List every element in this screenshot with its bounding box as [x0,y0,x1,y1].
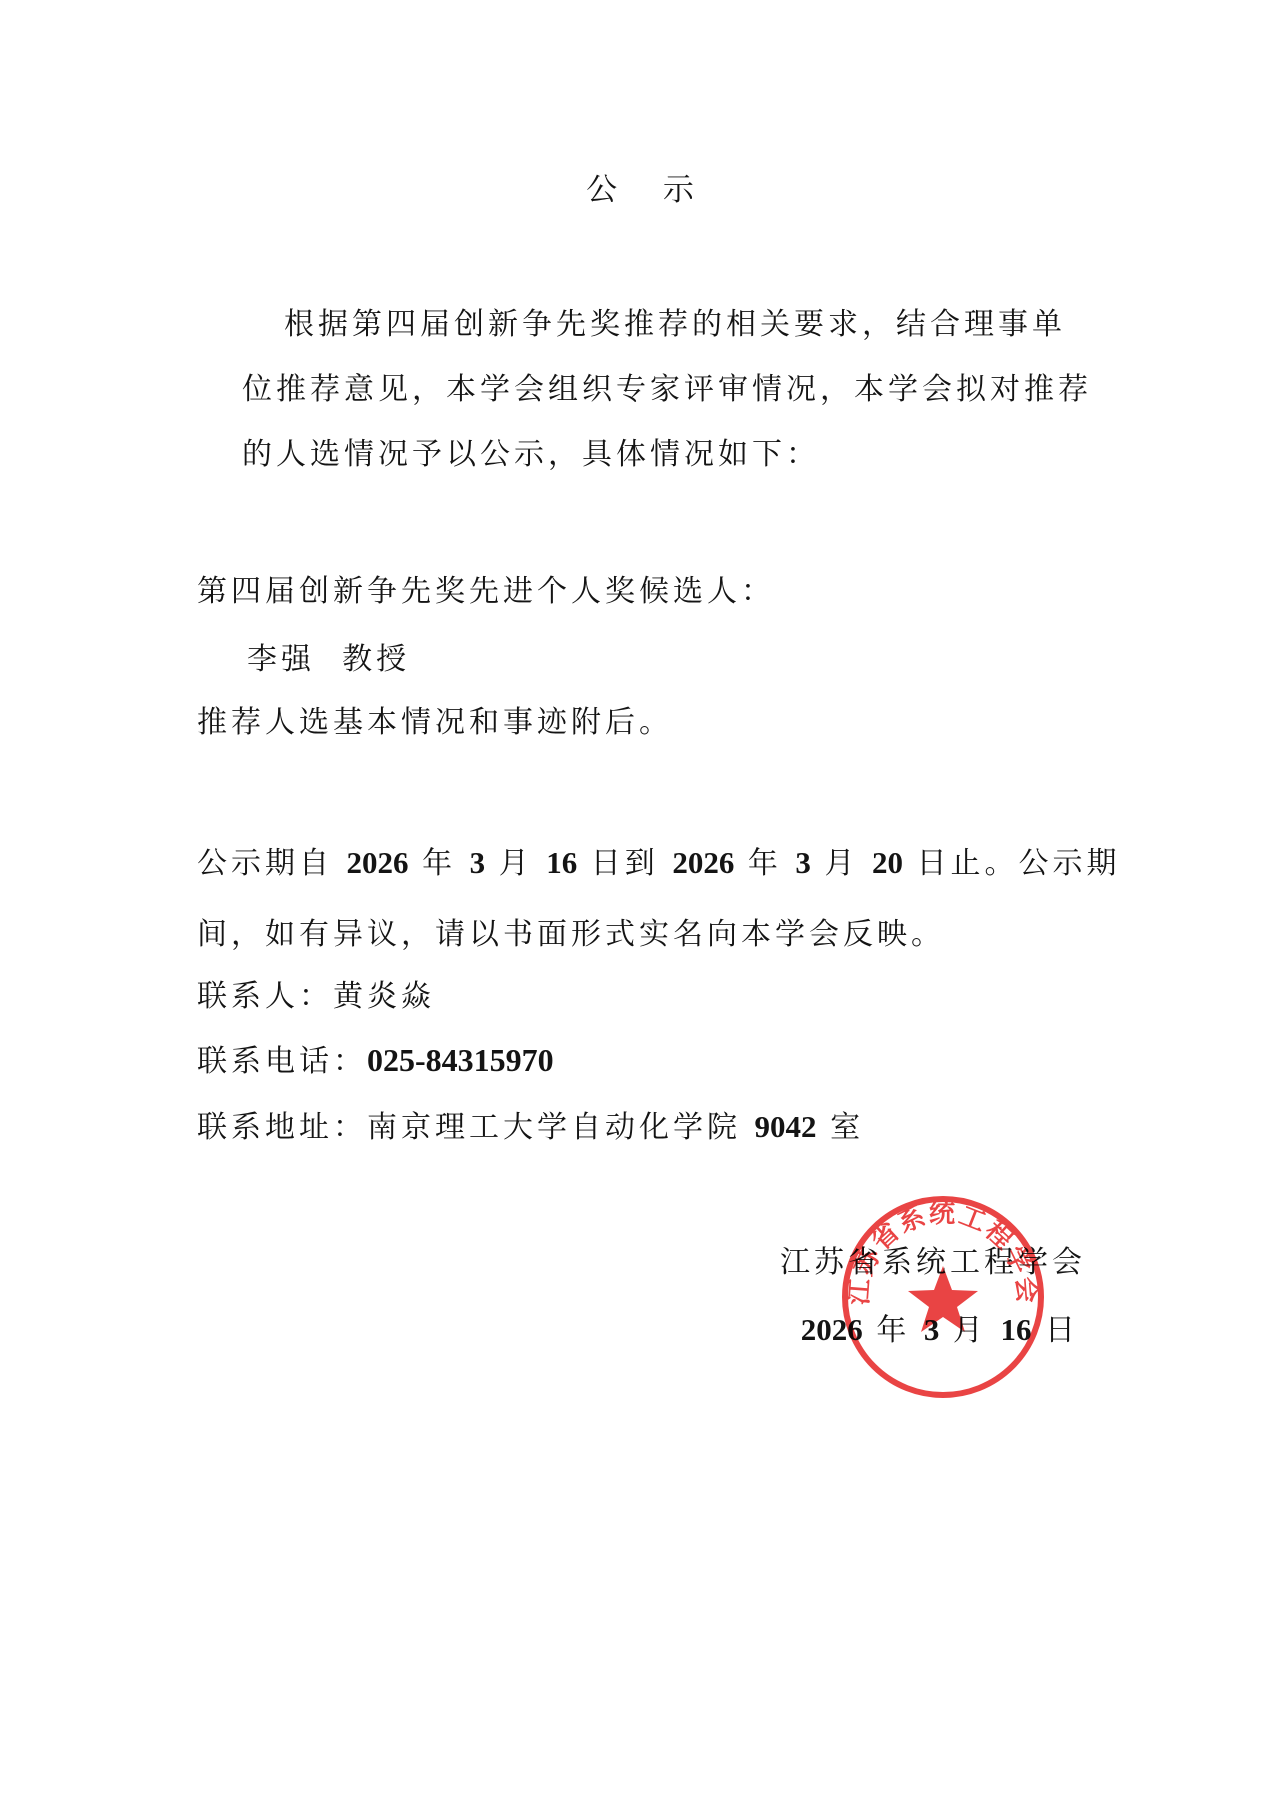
contact-address-suffix: 室 [830,1110,864,1145]
text: 年 [748,846,782,881]
candidate-heading: 第四届创新争先奖先进个人奖候选人： [197,574,775,610]
end-day: 20 [872,845,903,880]
contact-person-line: 联系人：黄炎焱 [197,979,435,1015]
contact-phone-number: 025-84315970 [367,1042,554,1078]
contact-address-text: 南京理工大学自动化学院 [367,1110,741,1145]
start-day: 16 [546,845,577,880]
contact-phone-line: 联系电话：025-84315970 [197,1042,554,1078]
contact-phone-label: 联系电话： [197,1044,367,1079]
start-month: 3 [470,845,486,880]
official-seal: 江苏省系统工程学会 [840,1194,1046,1400]
intro-line-1: 根据第四届创新争先奖推荐的相关要求，结合理事单 [284,307,1066,343]
intro-line-2: 位推荐意见，本学会组织专家评审情况，本学会拟对推荐 [242,372,1092,408]
text: 日止。公示期 [917,846,1121,881]
notice-period-line-2: 间，如有异议，请以书面形式实名向本学会反映。 [197,917,945,953]
contact-address-line: 联系地址：南京理工大学自动化学院 9042 室 [197,1109,864,1145]
star-icon [908,1266,978,1332]
start-year: 2026 [347,845,409,880]
text: 年 [422,846,456,881]
page-title: 公 示 [0,170,1280,210]
candidate-name: 李强 教授 [247,642,410,678]
text: 日到 [591,846,659,881]
end-month: 3 [795,845,811,880]
text: 公示期自 [197,846,333,881]
candidate-note: 推荐人选基本情况和事迹附后。 [197,705,673,741]
text: 月 [499,846,533,881]
end-year: 2026 [672,845,734,880]
text: 月 [824,846,858,881]
contact-address-label: 联系地址： [197,1110,367,1145]
notice-period-line-1: 公示期自 2026 年 3 月 16 日到 2026 年 3 月 20 日止。公… [197,845,1121,881]
contact-person-label: 联系人： [197,979,333,1014]
contact-address-room: 9042 [755,1109,817,1144]
signature-day-unit: 日 [1045,1313,1079,1348]
contact-person-name: 黄炎焱 [333,979,435,1014]
intro-line-3: 的人选情况予以公示，具体情况如下： [242,437,820,473]
seal-icon: 江苏省系统工程学会 [840,1194,1046,1400]
